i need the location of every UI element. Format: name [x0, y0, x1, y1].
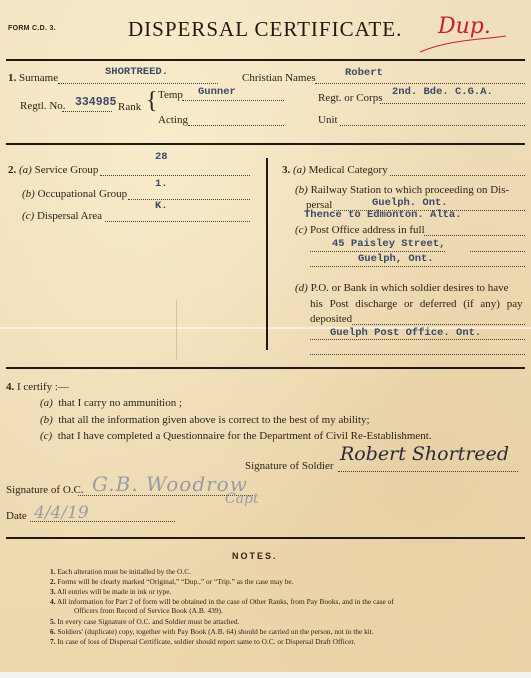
soldier-signature-field[interactable] — [338, 471, 518, 472]
surname-field[interactable] — [58, 83, 218, 84]
certify-text-c: that I have completed a Questionnaire fo… — [58, 430, 432, 442]
note-text-7: In case of loss of Dispersal Certificate… — [57, 637, 355, 646]
medical-letter: (a) — [293, 164, 306, 176]
regt-corps-label: Regt. or Corps — [318, 92, 382, 104]
medical-text: Medical Category — [309, 164, 388, 176]
section2-number: 2. — [8, 164, 16, 176]
note-item-4: 4. All information for Part 2 of form wi… — [50, 597, 394, 606]
dispersal-area-field[interactable] — [105, 221, 250, 222]
section3-rule — [6, 367, 525, 369]
note-text-5: In every case Signature of O.C. and Sold… — [57, 617, 239, 626]
certify-text-b: that all the information given above is … — [58, 414, 369, 426]
dispersal-area-value: K. — [155, 200, 168, 212]
oc-signature-label: Signature of O.C. — [6, 484, 84, 496]
christian-names-value: Robert — [345, 67, 383, 79]
note-item-5: 5. In every case Signature of O.C. and S… — [50, 617, 239, 626]
note-item-4-continued: Officers from Record of Service Book (A.… — [74, 606, 223, 615]
post-address-line2-value: Guelph, Ont. — [358, 253, 434, 265]
unit-field[interactable] — [340, 125, 525, 126]
note-num-6: 6. — [50, 627, 56, 636]
note-num-1: 1. — [50, 567, 56, 576]
dispersal-area-text: Dispersal Area — [37, 210, 102, 222]
section1-number: 1. — [8, 72, 16, 84]
bank-field-2[interactable] — [310, 339, 525, 340]
certify-heading: 4. I certify :— — [6, 381, 69, 393]
certify-item-a: (a) that I carry no ammunition ; — [40, 397, 182, 409]
acting-label: Acting — [158, 114, 188, 126]
certify-letter-a: (a) — [40, 397, 53, 409]
post-text: Post Office address in full — [310, 224, 425, 236]
occupational-group-value: 1. — [155, 178, 168, 190]
note-item-3: 3. All entries will be made in ink or ty… — [50, 587, 171, 596]
note-item-2: 2. Forms will be clearly marked “Origina… — [50, 577, 294, 586]
temp-rank-field[interactable] — [182, 100, 284, 101]
date-label: Date — [6, 510, 27, 522]
dispersal-area-label: (c) Dispersal Area — [22, 210, 102, 222]
section4-number: 4. — [6, 381, 14, 393]
note-num-5: 5. — [50, 617, 56, 626]
acting-rank-field[interactable] — [188, 125, 284, 126]
post-address-line1-value: 45 Paisley Street, — [332, 238, 445, 250]
christian-names-label: Christian Names — [242, 72, 316, 84]
date-value: 4/4/19 — [34, 503, 89, 523]
service-group-text: Service Group — [35, 164, 99, 176]
railway-station-label: (b) Railway Station to which proceeding … — [295, 184, 509, 196]
railway-letter: (b) — [295, 184, 308, 196]
railway-onward-value: Thence to Edmonton. Alta. — [304, 209, 462, 221]
occupational-group-field[interactable] — [128, 199, 250, 200]
fold-crease-vertical — [176, 300, 177, 360]
section3-number: 3. — [282, 164, 290, 176]
bank-label-line2: his Post discharge or deferred (if any) … — [310, 298, 523, 310]
service-group-label: 2. (a) Service Group — [8, 164, 98, 176]
certify-text-a: that I carry no ammunition ; — [58, 397, 182, 409]
regtl-no-label: Regtl. No. — [20, 100, 66, 112]
post-office-field-2[interactable] — [310, 251, 445, 252]
christian-names-field[interactable] — [315, 83, 525, 84]
rank-brace: { — [146, 89, 158, 113]
service-group-value: 28 — [155, 151, 168, 163]
post-office-field-1[interactable] — [424, 235, 525, 236]
certify-item-b: (b) that all the information given above… — [40, 414, 370, 426]
medical-category-field[interactable] — [390, 175, 525, 176]
soldier-signature-label: Signature of Soldier — [245, 460, 334, 472]
regtl-no-value: 334985 — [75, 96, 116, 109]
certify-item-c: (c) that I have completed a Questionnair… — [40, 430, 432, 442]
occupational-group-label: (b) Occupational Group — [22, 188, 127, 200]
bank-field-1[interactable] — [352, 324, 525, 325]
regt-corps-field[interactable] — [380, 103, 525, 104]
post-office-field-4[interactable] — [310, 266, 525, 267]
bank-value: Guelph Post Office. Ont. — [330, 327, 481, 339]
certify-text: I certify :— — [17, 381, 69, 393]
bank-letter: (d) — [295, 282, 308, 294]
bank-text-1: P.O. or Bank in which soldier desires to… — [311, 282, 509, 294]
certify-letter-b: (b) — [40, 414, 53, 426]
bank-field-3[interactable] — [310, 354, 525, 355]
post-letter: (c) — [295, 224, 307, 236]
note-text-1: Each alteration must be initialled by th… — [57, 567, 191, 576]
header-rule — [6, 59, 525, 61]
note-num-7: 7. — [50, 637, 56, 646]
post-office-field-3[interactable] — [470, 251, 525, 252]
temp-rank-value: Gunner — [198, 86, 236, 98]
service-group-field[interactable] — [100, 175, 250, 176]
occupational-group-letter: (b) — [22, 188, 35, 200]
bank-label-line3: deposited — [310, 313, 352, 325]
note-item-6: 6. Soldiers' (duplicate) copy, together … — [50, 627, 374, 636]
note-item-7: 7. In case of loss of Dispersal Certific… — [50, 637, 355, 646]
note-text-2: Forms will be clearly marked “Original,”… — [57, 577, 293, 586]
occupational-group-text: Occupational Group — [38, 188, 128, 200]
dispersal-area-letter: (c) — [22, 210, 34, 222]
note-text-4: All information for Part 2 of form will … — [57, 597, 394, 606]
section4-rule — [6, 537, 525, 539]
note-num-4: 4. — [50, 597, 56, 606]
certify-letter-c: (c) — [40, 430, 52, 442]
soldier-signature-value: Robert Shortreed — [340, 443, 509, 465]
certificate-page: FORM C.D. 3. DISPERSAL CERTIFICATE. Dup.… — [0, 0, 531, 672]
surname-label: Surname — [19, 72, 58, 84]
note-num-2: 2. — [50, 577, 56, 586]
note-text-6: Soldiers' (duplicate) copy, together wit… — [57, 627, 373, 636]
notes-title: NOTES. — [232, 551, 278, 561]
railway-text: Railway Station to which proceeding on D… — [311, 184, 510, 196]
bank-label-line1: (d) P.O. or Bank in which soldier desire… — [295, 282, 509, 294]
surname-value: SHORTREED. — [105, 66, 168, 78]
post-office-address-label: (c) Post Office address in full — [295, 224, 425, 236]
unit-label: Unit — [318, 114, 338, 126]
note-item-1: 1. Each alteration must be initialled by… — [50, 567, 191, 576]
section1-surname-label: 1. Surname — [8, 72, 58, 84]
rank-label: Rank — [118, 101, 141, 113]
medical-category-label: 3. (a) Medical Category — [282, 164, 388, 176]
temp-label: Temp — [158, 89, 183, 101]
scan-border — [0, 672, 531, 678]
section1-rule — [6, 143, 525, 145]
railway-station-value: Guelph. Ont. — [372, 197, 448, 209]
form-code: FORM C.D. 3. — [8, 25, 56, 32]
service-group-letter: (a) — [19, 164, 32, 176]
document-title: DISPERSAL CERTIFICATE. — [128, 17, 402, 42]
section-divider — [266, 158, 268, 350]
note-text-3: All entries will be made in ink or type. — [57, 587, 171, 596]
regtl-no-field[interactable] — [62, 111, 112, 112]
note-num-3: 3. — [50, 587, 56, 596]
oc-rank-value: Capt — [225, 491, 259, 507]
regt-corps-value: 2nd. Bde. C.G.A. — [392, 86, 493, 98]
copy-mark-underline — [418, 30, 508, 55]
